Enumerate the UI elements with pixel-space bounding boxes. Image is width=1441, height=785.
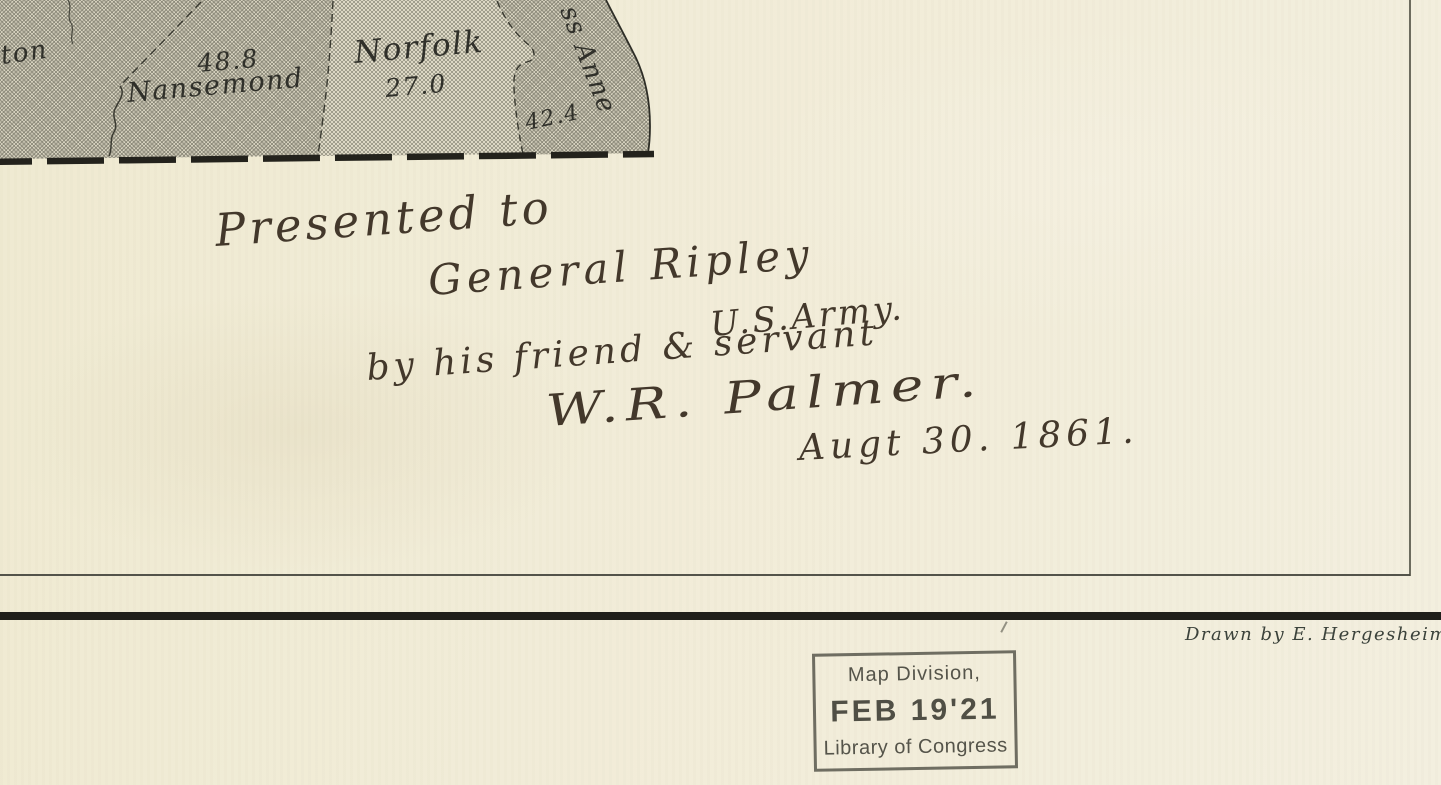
inscription-line-general-ripley: General Ripley	[427, 229, 816, 305]
inscription-line-date: Augt 30. 1861.	[798, 410, 1140, 469]
scanned-map-sheet: ton 48.8 Nansemond Norfolk 27.0 ss Anne …	[0, 0, 1441, 785]
inscription-line-presented-to: Presented to	[213, 181, 554, 257]
scratch-mark	[1000, 621, 1007, 633]
stamp-division-line: Map Division,	[848, 662, 981, 687]
map-neatline-bottom	[0, 574, 1410, 576]
stamp-date-line: FEB 19'21	[830, 693, 1000, 730]
map-neatline-right	[1409, 0, 1411, 576]
stamp-institution-line: Library of Congress	[823, 734, 1007, 760]
thick-rule	[0, 612, 1441, 620]
map-fragment: ton 48.8 Nansemond Norfolk 27.0 ss Anne …	[0, 0, 660, 172]
library-of-congress-stamp: Map Division, FEB 19'21 Library of Congr…	[812, 650, 1018, 772]
drawn-by-credit: Drawn by E. Hergesheimer	[1185, 624, 1441, 645]
value-norfolk: 27.0	[383, 69, 448, 103]
